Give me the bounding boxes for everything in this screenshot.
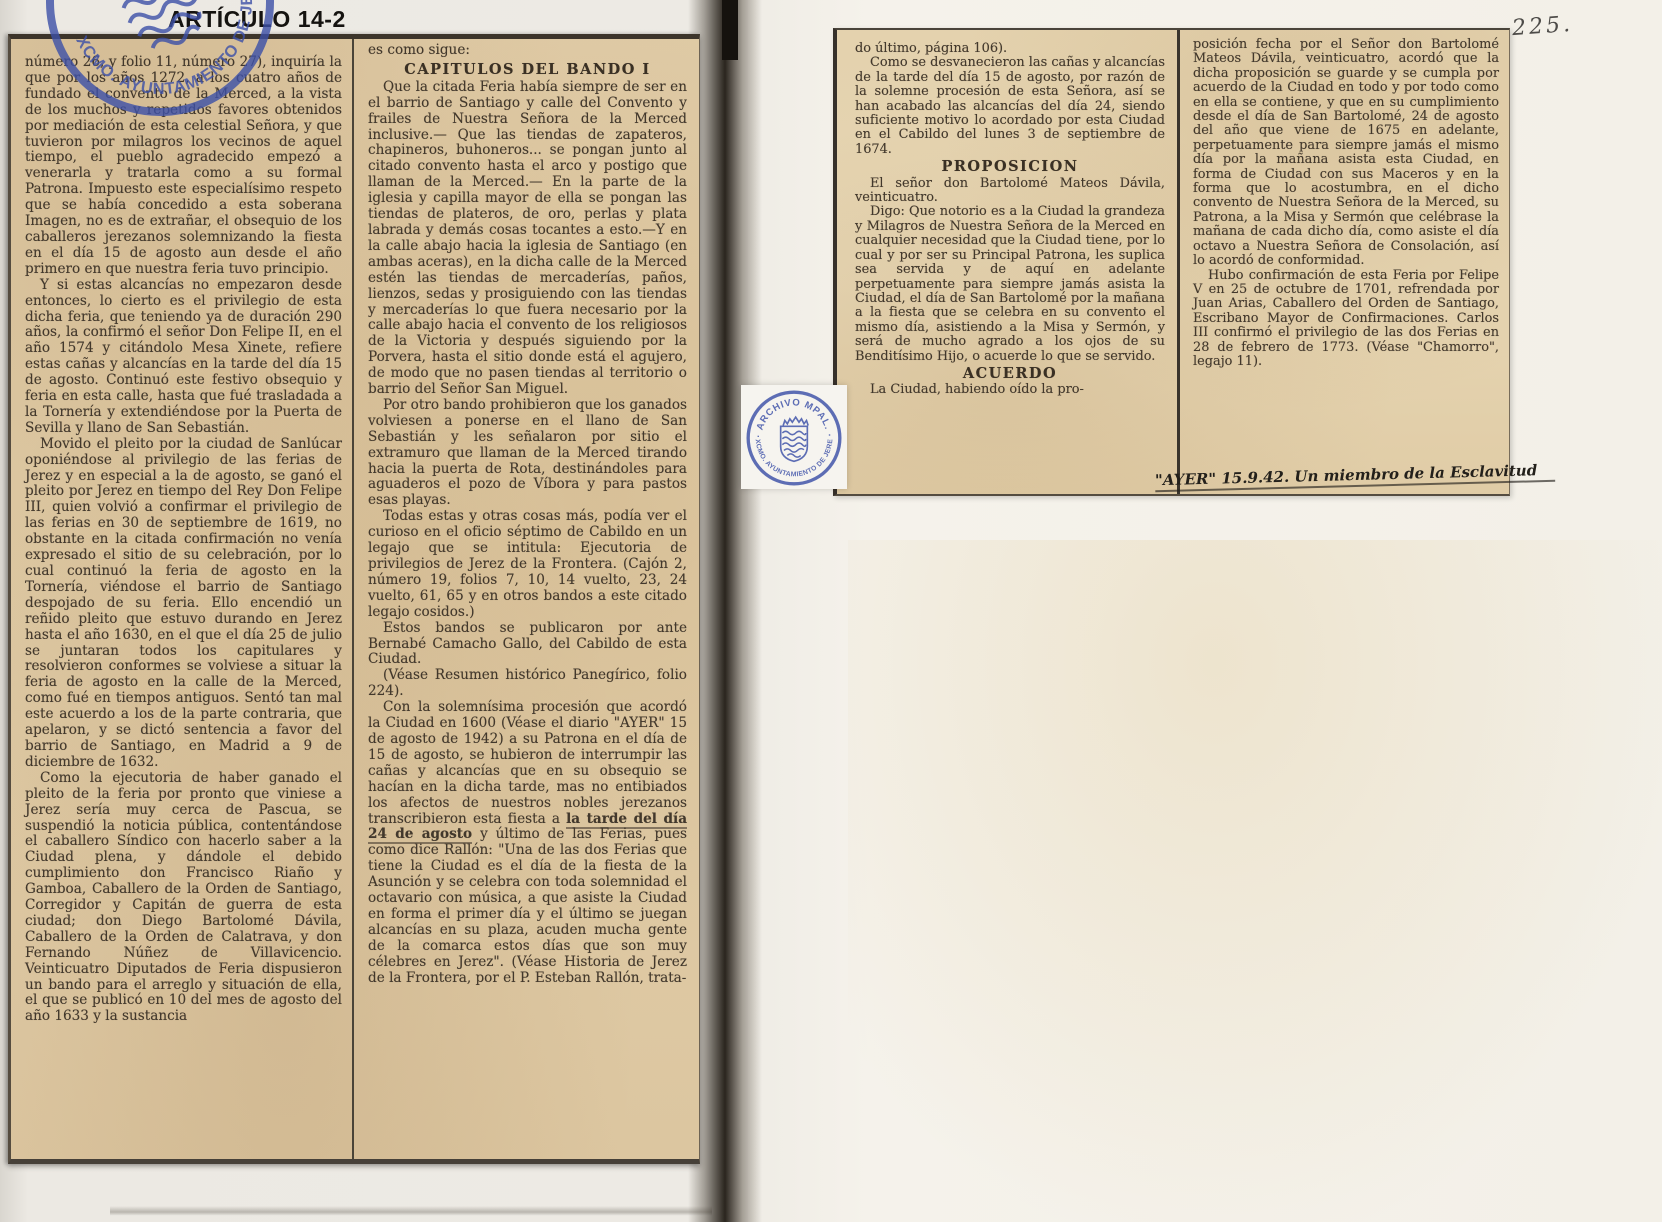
paragraph: Con la solemnísima procesión que acordó … <box>368 700 687 986</box>
paragraph: Movido el pleito por la ciudad de Sanlúc… <box>25 437 342 771</box>
paragraph: Estos bandos se publicaron por ante Bern… <box>368 621 687 669</box>
paper-stain <box>848 540 1662 1222</box>
section-heading-capitulos: CAPITULOS DEL BANDO I <box>368 62 687 78</box>
clipping-column-2: es como sigue: CAPITULOS DEL BANDO I Que… <box>352 39 699 1159</box>
clipping-column-1: número 26, y folio 11, número 27), inqui… <box>11 39 352 1159</box>
paragraph: Que la citada Feria había siempre de ser… <box>368 80 687 398</box>
text-run: Con la solemnísima procesión que acordó … <box>368 699 687 826</box>
section-heading-acuerdo: ACUERDO <box>855 367 1165 381</box>
paragraph: número 26, y folio 11, número 27), inqui… <box>25 55 342 278</box>
paragraph: Todas estas y otras cosas más, podía ver… <box>368 509 687 620</box>
newspaper-clipping-right: do último, página 106). Como se desvanec… <box>833 28 1510 496</box>
clipping-column-3: do último, página 106). Como se desvanec… <box>837 30 1177 494</box>
stamp-paper-patch <box>741 385 847 489</box>
handwritten-page-number: 225. <box>1511 12 1574 41</box>
paragraph: (Véase Resumen histórico Panegírico, fol… <box>368 668 687 700</box>
paragraph: Como la ejecutoria de haber ganado el pl… <box>25 771 342 1026</box>
intro-line: es como sigue: <box>368 43 687 59</box>
article-header-title: ARTÍCULO 14-2 <box>168 6 346 33</box>
text-run: y último de las Ferias, pues como dice R… <box>368 826 687 985</box>
paragraph: Digo: Que notorio es a la Ciudad la gran… <box>855 205 1165 363</box>
scanned-scrapbook-page: { "page": { "header_title": "ARTÍCULO 14… <box>0 0 1662 1222</box>
paragraph: Hubo confirmación de esta Feria por Feli… <box>1193 269 1499 370</box>
newspaper-clipping-left: número 26, y folio 11, número 27), inqui… <box>8 34 700 1164</box>
paragraph: El señor don Bartolomé Mateos Dávila, ve… <box>855 177 1165 206</box>
paragraph: posición fecha por el Señor don Bartolom… <box>1193 38 1499 269</box>
paragraph: Y si estas alcancías no empezaron desde … <box>25 278 342 437</box>
clipping-column-4: posición fecha por el Señor don Bartolom… <box>1177 30 1509 494</box>
paragraph: Como se desvanecieron las cañas y alcanc… <box>855 56 1165 157</box>
paragraph: Por otro bando prohibieron que los ganad… <box>368 398 687 509</box>
section-heading-proposicion: PROPOSICION <box>855 160 1165 174</box>
paragraph: La Ciudad, habiendo oído la pro- <box>855 383 1165 397</box>
